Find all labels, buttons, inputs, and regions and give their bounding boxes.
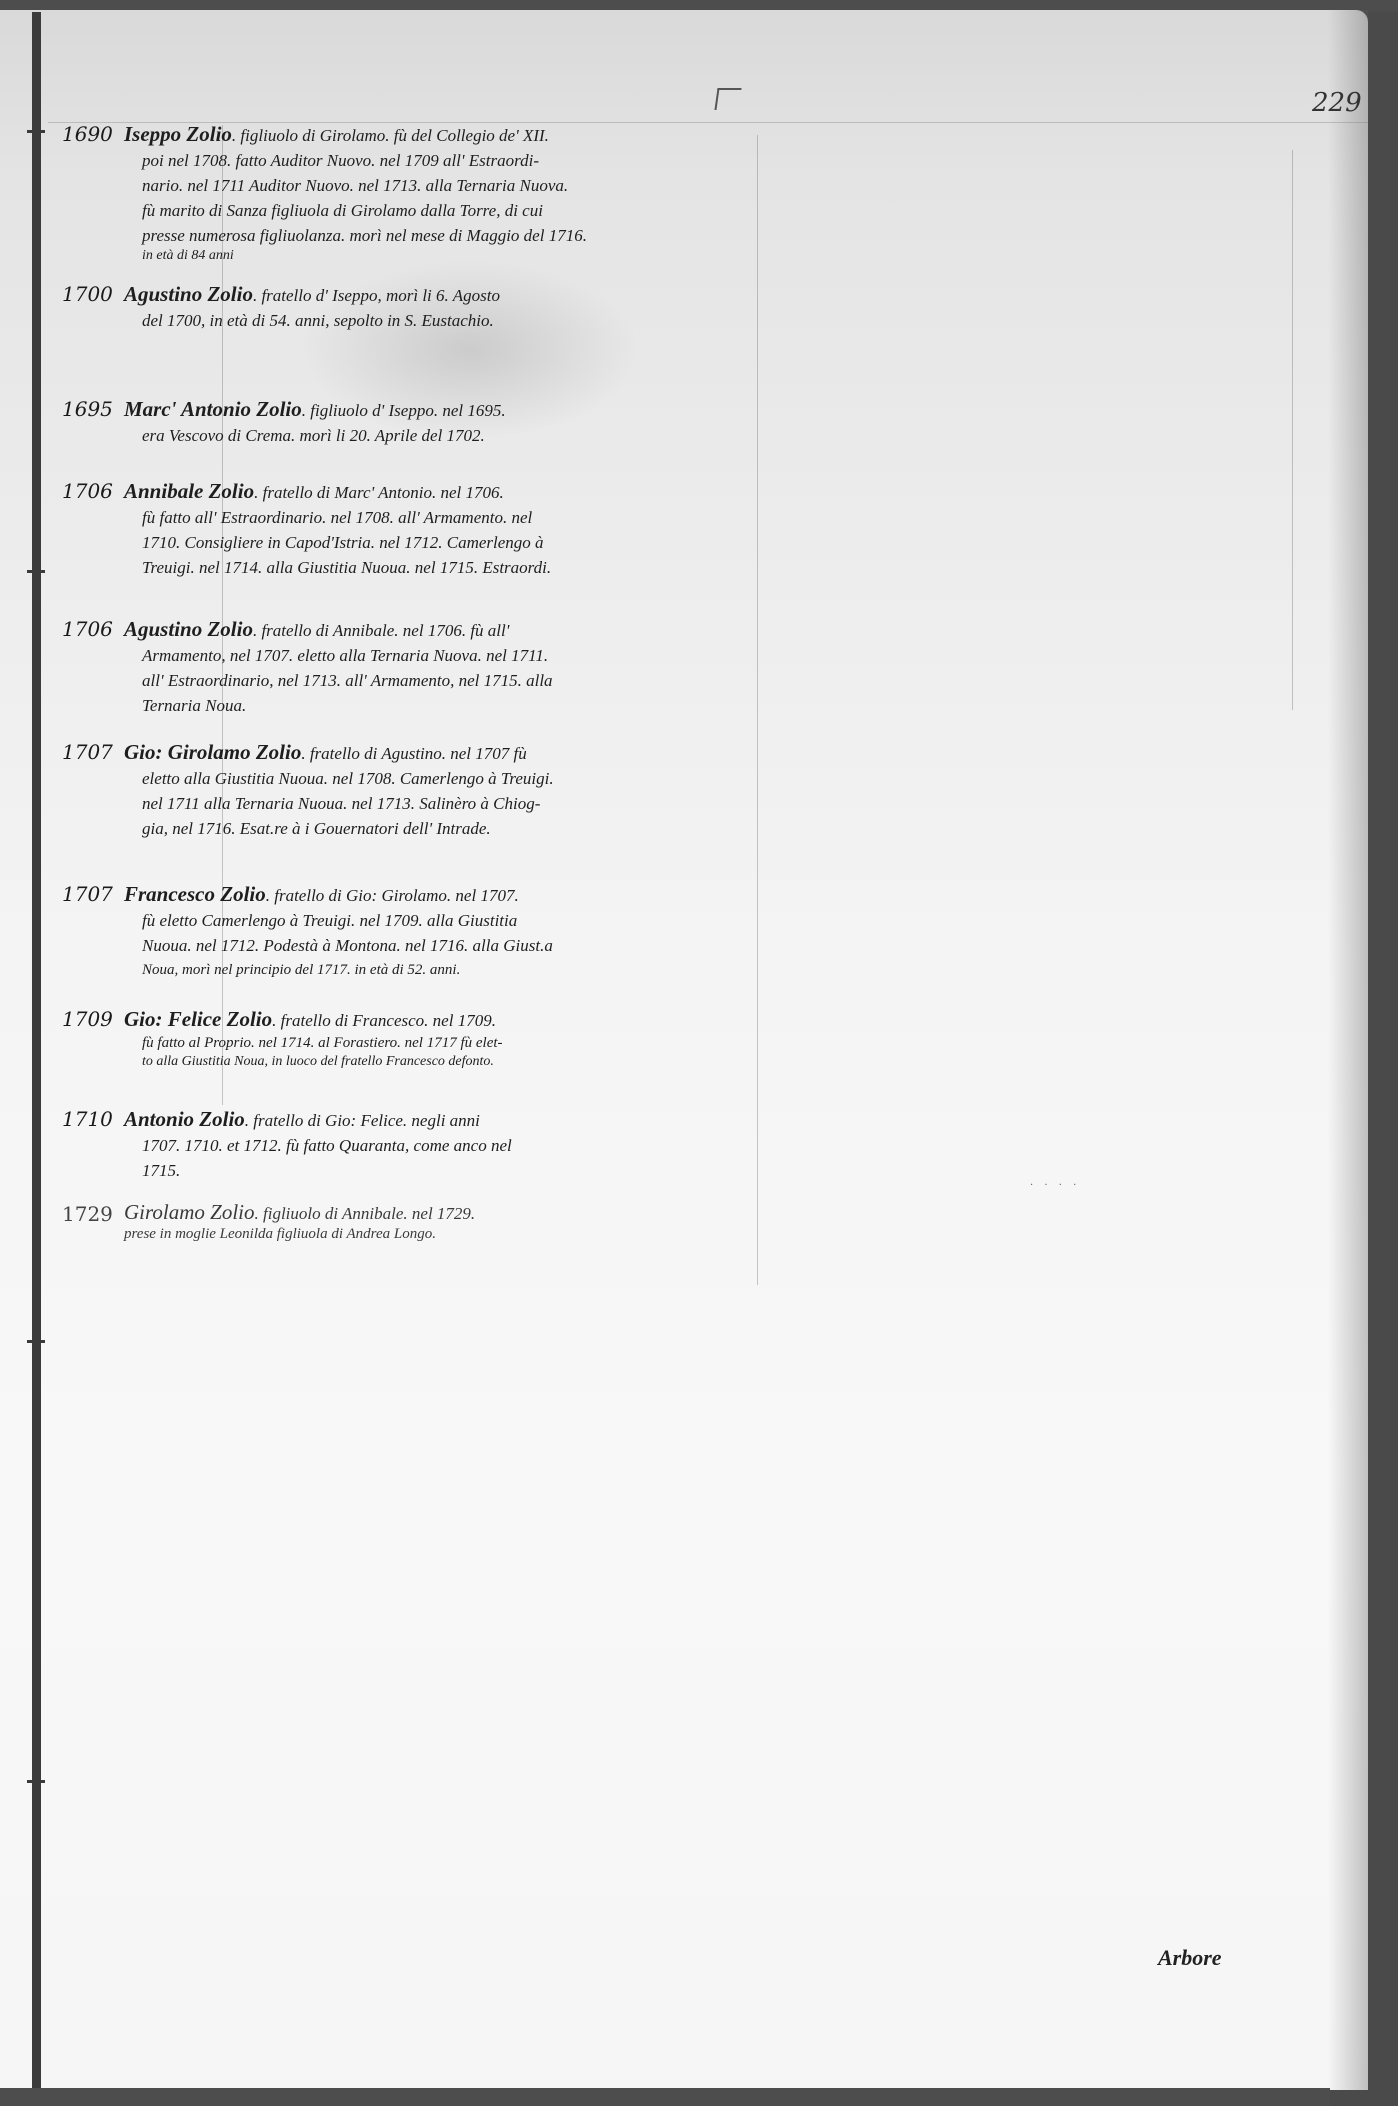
scan-border-bottom: [0, 2088, 1330, 2106]
entry-line: 1707. 1710. et 1712. fù fatto Quaranta, …: [124, 1133, 684, 1158]
entry-line: prese in moglie Leonilda figliuola di An…: [124, 1224, 684, 1244]
entry-name: Agustino Zolio: [124, 282, 253, 306]
entry-line: presse numerosa figliuolanza. morì nel m…: [124, 223, 684, 248]
binding-stitch: [27, 130, 45, 133]
entry-line: fratello di Annibale. nel 1706. fù all': [261, 621, 509, 640]
binding-stitch: [27, 1780, 45, 1783]
entry-name: Iseppo Zolio: [124, 122, 232, 146]
entry-body: Marc' Antonio Zolio. figliuolo d' Iseppo…: [124, 397, 684, 448]
entry-name: Francesco Zolio: [124, 882, 266, 906]
paper-specks: · · · ·: [1030, 1180, 1080, 1191]
entry-body: Gio: Girolamo Zolio. fratello di Agustin…: [124, 740, 684, 841]
entry-line: fratello d' Iseppo, morì li 6. Agosto: [261, 286, 500, 305]
right-ruled-line: [1292, 150, 1293, 710]
entry-name: Marc' Antonio Zolio: [124, 397, 302, 421]
entry-name: Annibale Zolio: [124, 479, 254, 503]
entry-year: 1690: [62, 122, 122, 146]
entry-year: 1707: [62, 882, 122, 906]
entry-line: to alla Giustitia Noua, in luoco del fra…: [124, 1053, 684, 1071]
entry-name: Gio: Girolamo Zolio: [124, 740, 301, 764]
entry-line: fratello di Gio: Felice. negli anni: [253, 1111, 480, 1130]
entry-body: Annibale Zolio. fratello di Marc' Antoni…: [124, 479, 684, 580]
entry-year: 1709: [62, 1007, 122, 1031]
entry-line: figliuolo d' Iseppo. nel 1695.: [310, 401, 505, 420]
entry-line: fù fatto al Proprio. nel 1714. al Forast…: [124, 1033, 684, 1053]
entry-year: 1695: [62, 397, 122, 421]
entry-line: gia, nel 1716. Esat.re à i Gouernatori d…: [124, 816, 684, 841]
entry-line: Noua, morì nel principio del 1717. in et…: [124, 958, 684, 983]
entry-body: Agustino Zolio. fratello di Annibale. ne…: [124, 617, 684, 718]
entry-line: figliuolo di Girolamo. fù del Collegio d…: [240, 126, 549, 145]
entry-year: 1706: [62, 479, 122, 503]
entry-line: fratello di Marc' Antonio. nel 1706.: [263, 483, 504, 502]
entry-line: Armamento, nel 1707. eletto alla Ternari…: [124, 643, 684, 668]
entry-line: 1710. Consigliere in Capod'Istria. nel 1…: [124, 530, 684, 555]
entry-body: Gio: Felice Zolio. fratello di Francesco…: [124, 1007, 684, 1071]
binding-stitch: [27, 570, 45, 573]
entry-line: eletto alla Giustitia Nuoua. nel 1708. C…: [124, 766, 684, 791]
entry-line: Treuigi. nel 1714. alla Giustitia Nuoua.…: [124, 555, 684, 580]
binding-stitch: [27, 1340, 45, 1343]
entry-name: Agustino Zolio: [124, 617, 253, 641]
entry-line: fù marito di Sanza figliuola di Girolamo…: [124, 198, 684, 223]
entry-body: Iseppo Zolio. figliuolo di Girolamo. fù …: [124, 122, 684, 264]
entry-line: fù fatto all' Estraordinario. nel 1708. …: [124, 505, 684, 530]
corner-mark: [714, 88, 741, 110]
binding-thread: [32, 12, 41, 2106]
entry-name: Gio: Felice Zolio: [124, 1007, 272, 1031]
entry-line: poi nel 1708. fatto Auditor Nuovo. nel 1…: [124, 148, 684, 173]
entry-line: del 1700, in età di 54. anni, sepolto in…: [124, 308, 684, 333]
entry-body: Francesco Zolio. fratello di Gio: Girola…: [124, 882, 684, 983]
entry-year: 1710: [62, 1107, 122, 1131]
entry-year: 1707: [62, 740, 122, 764]
entry-line: era Vescovo di Crema. morì li 20. Aprile…: [124, 423, 684, 448]
entry-line: in età di 84 anni: [124, 248, 684, 264]
entry-year: 1706: [62, 617, 122, 641]
entry-name: Antonio Zolio: [124, 1107, 245, 1131]
entry-line: all' Estraordinario, nel 1713. all' Arma…: [124, 668, 684, 693]
entry-body: Agustino Zolio. fratello d' Iseppo, morì…: [124, 282, 684, 333]
entry-line: nario. nel 1711 Auditor Nuovo. nel 1713.…: [124, 173, 684, 198]
middle-ruled-line: [757, 135, 758, 1285]
entry-body: Girolamo Zolio. figliuolo di Annibale. n…: [124, 1202, 684, 1244]
folio-number: 229: [1312, 88, 1362, 118]
entry-year: 1729: [62, 1202, 122, 1226]
entry-line: fù eletto Camerlengo à Treuigi. nel 1709…: [124, 908, 684, 933]
entry-name: Girolamo Zolio: [124, 1200, 255, 1224]
entry-line: 1715.: [124, 1158, 684, 1183]
entry-line: fratello di Francesco. nel 1709.: [281, 1011, 496, 1030]
entry-line: fratello di Gio: Girolamo. nel 1707.: [274, 886, 518, 905]
entry-body: Antonio Zolio. fratello di Gio: Felice. …: [124, 1107, 684, 1183]
entry-line: fratello di Agustino. nel 1707 fù: [310, 744, 527, 763]
entry-line: figliuolo di Annibale. nel 1729.: [263, 1204, 475, 1223]
entry-line: Ternaria Noua.: [124, 693, 684, 718]
entry-line: Nuoua. nel 1712. Podestà à Montona. nel …: [124, 933, 684, 958]
catchword: Arbore: [1158, 1945, 1222, 1971]
entry-line: nel 1711 alla Ternaria Nuoua. nel 1713. …: [124, 791, 684, 816]
entry-year: 1700: [62, 282, 122, 306]
